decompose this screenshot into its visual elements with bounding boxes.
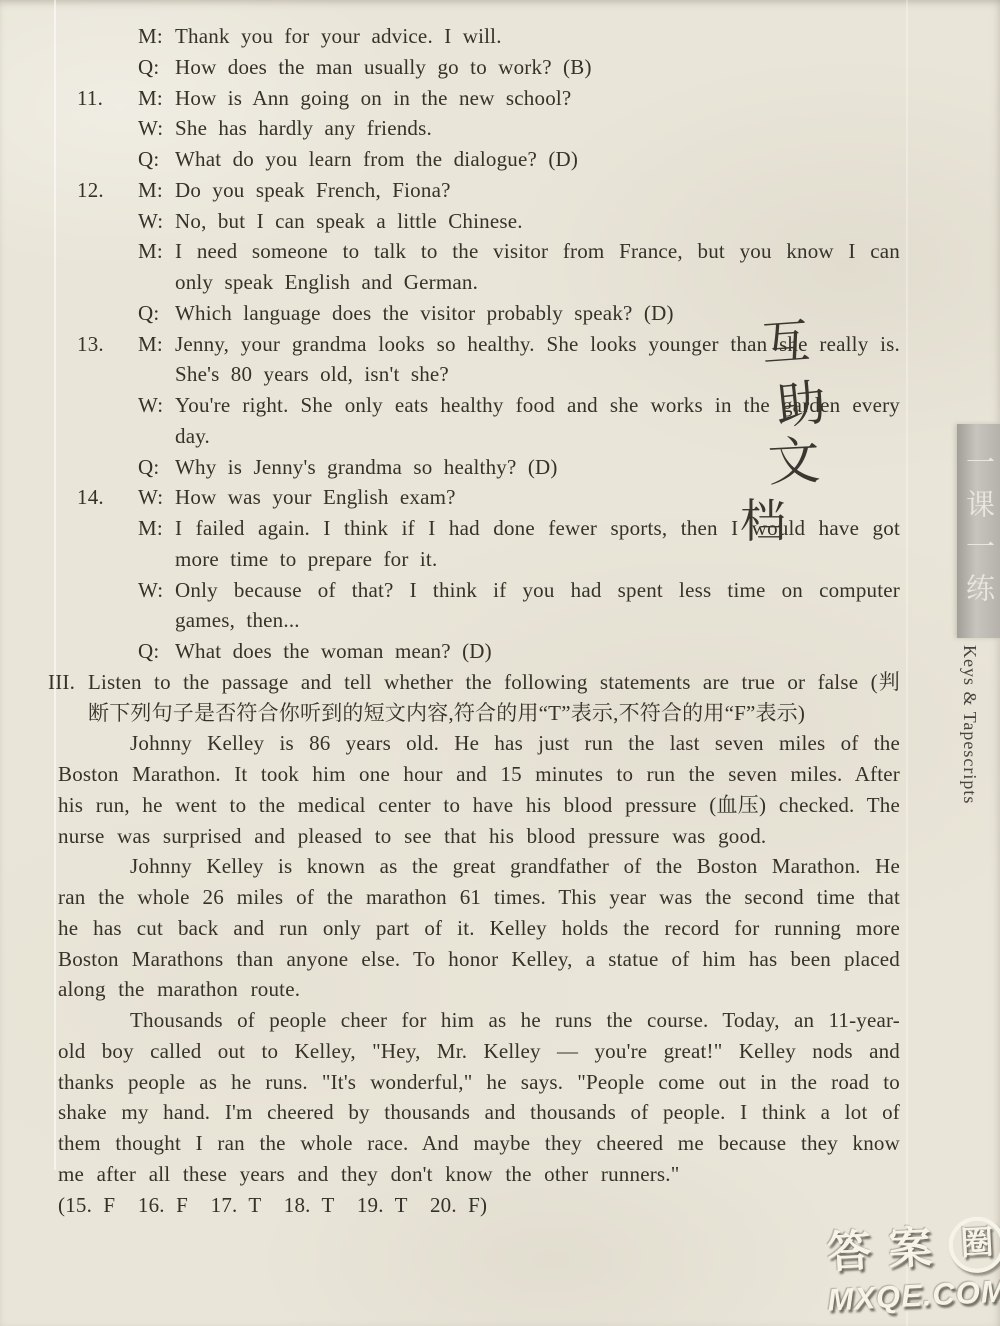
item-number [77,575,138,637]
speaker-label: Q: [138,452,175,483]
speaker-label: M: [138,329,175,391]
section-number: III. [48,667,88,729]
item-number [77,113,138,144]
tapescript-content: M: Thank you for your advice. I will. Q:… [48,21,900,1220]
speaker-label: W: [138,390,175,452]
passage-paragraph: Thousands of people cheer for him as he … [58,1005,900,1190]
handwritten-annotation: 互 助 文 档 [740,312,840,552]
item-number [77,390,138,452]
speaker-label: W: [138,482,175,513]
item-number [77,298,138,329]
item-number [77,21,138,52]
dialogue-text: How is Ann going on in the new school? [175,83,900,114]
handwritten-character: 助 [773,367,879,437]
speaker-label: W: [138,206,175,237]
watermark: 答 案 圈 MXQE.COM [823,1215,1000,1320]
dialogue-text: No, but I can speak a little Chinese. [175,206,900,237]
dialogue-line: M: I need someone to talk to the visitor… [48,236,900,298]
item-number [77,206,138,237]
dialogue-text: What do you learn from the dialogue? (D) [175,144,900,175]
item-number: 12. [77,175,138,206]
item-number [77,452,138,483]
speaker-label: Q: [138,144,175,175]
watermark-logo-character: 圈 [947,1215,1000,1274]
item-number [77,144,138,175]
item-number: 14. [77,482,138,513]
dialogue-text: She has hardly any friends. [175,113,900,144]
item-number [77,513,138,575]
dialogue-text: Thank you for your advice. I will. [175,21,900,52]
dialogue-line: W: She has hardly any friends. [48,113,900,144]
speaker-label: M: [138,175,175,206]
dialogue-line: Q: What does the woman mean? (D) [48,636,900,667]
dialogue-line: Q: How does the man usually go to work? … [48,52,900,83]
item-number [77,52,138,83]
speaker-label: W: [138,575,175,637]
speaker-label: W: [138,113,175,144]
speaker-label: Q: [138,298,175,329]
item-number [77,236,138,298]
dialogue-line: W: Only because of that? I think if you … [48,575,900,637]
dialogue-line: Q: What do you learn from the dialogue? … [48,144,900,175]
scanned-book-page: M: Thank you for your advice. I will. Q:… [0,0,1000,1326]
section-heading-text: Listen to the passage and tell whether t… [88,667,900,729]
speaker-label: M: [138,513,175,575]
item-number [77,636,138,667]
handwritten-character: 档 [740,492,840,552]
passage-paragraph: Johnny Kelley is 86 years old. He has ju… [58,728,900,851]
passage-block: Johnny Kelley is 86 years old. He has ju… [48,728,900,1189]
speaker-label: Q: [138,636,175,667]
dialogue-text: Only because of that? I think if you had… [175,575,900,637]
section-iii-heading: III. Listen to the passage and tell whet… [48,667,900,729]
handwritten-character: 文 [766,429,869,494]
passage-paragraph: Johnny Kelley is known as the great gran… [58,851,900,1005]
sidebar-band: 一课一练 [957,424,1000,638]
watermark-logo-character: 案 [887,1223,937,1274]
answer-key-line: (15. F 16. F 17. T 18. T 19. T 20. F) [58,1190,900,1221]
watermark-logo-character: 答 [826,1226,876,1277]
dialogue-line: 12. M: Do you speak French, Fiona? [48,175,900,206]
page-edge-line [906,0,908,1326]
dialogue-text: I need someone to talk to the visitor fr… [175,236,900,298]
watermark-site-url: MXQE.COM [826,1271,1000,1320]
watermark-logo: 答 案 圈 [823,1215,1000,1280]
speaker-label: M: [138,236,175,298]
dialogue-line: M: Thank you for your advice. I will. [48,21,900,52]
dialogue-text: How does the man usually go to work? (B) [175,52,900,83]
dialogue-text: Do you speak French, Fiona? [175,175,900,206]
item-number: 13. [77,329,138,391]
handwritten-character: 互 [760,309,864,376]
series-title-vertical: 一课一练 [958,447,999,615]
sidebar-english-label: Keys & Tapescripts [950,645,980,870]
speaker-label: Q: [138,52,175,83]
dialogue-text: What does the woman mean? (D) [175,636,900,667]
dialogue-line: W: No, but I can speak a little Chinese. [48,206,900,237]
dialogue-line: 11. M: How is Ann going on in the new sc… [48,83,900,114]
speaker-label: M: [138,21,175,52]
speaker-label: M: [138,83,175,114]
item-number: 11. [77,83,138,114]
